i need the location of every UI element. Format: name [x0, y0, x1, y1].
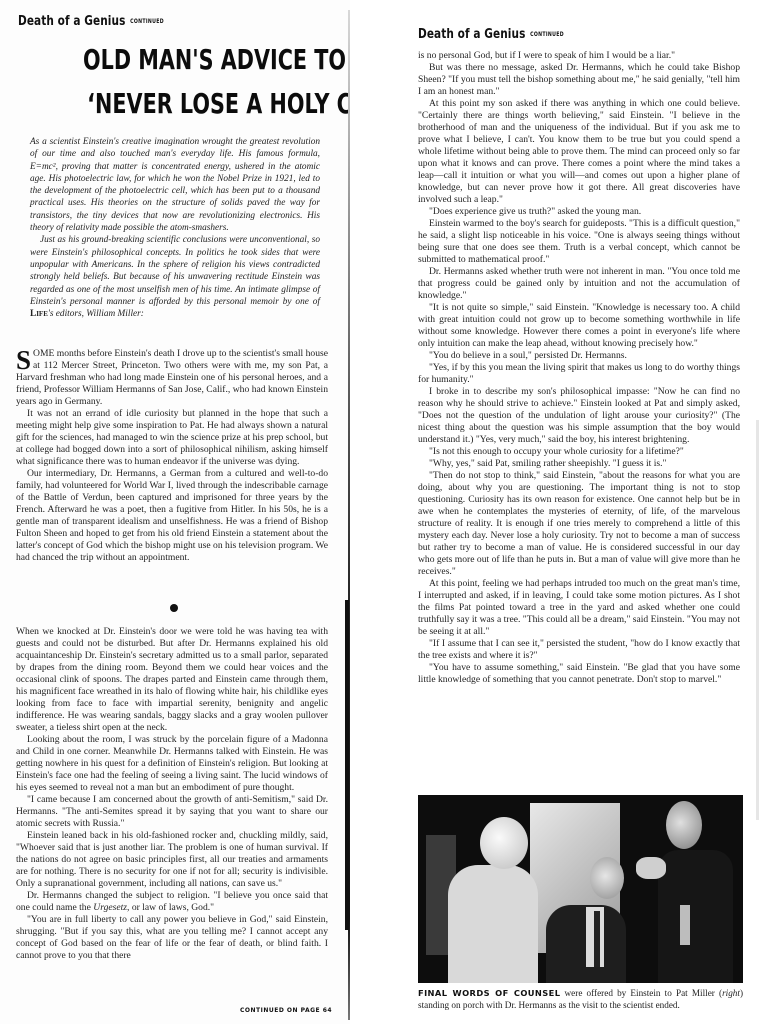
body-paragraph: But was there no message, asked Dr. Herm…	[418, 62, 740, 98]
photo-figure-hermanns-head	[590, 857, 624, 899]
section-title-text: Death of a Genius	[418, 26, 525, 42]
body-paragraph-text: OME months before Einstein's death I dro…	[16, 348, 328, 407]
body-paragraph: Einstein warmed to the boy's search for …	[418, 218, 740, 266]
body-paragraph: It was not an errand of idle curiosity b…	[16, 408, 328, 468]
intro-paragraph-text: Just as his ground-breaking scientific c…	[30, 235, 320, 306]
body-paragraph: "It is not quite so simple," said Einste…	[418, 302, 740, 350]
photo-figure-einstein-body	[448, 865, 538, 983]
article-column-left-bottom: When we knocked at Dr. Einstein's door w…	[16, 626, 328, 962]
body-paragraph: "You are in full liberty to call any pow…	[16, 914, 328, 962]
body-paragraph: Dr. Hermanns changed the subject to reli…	[16, 890, 328, 914]
body-paragraph: Einstein leaned back in his old-fashione…	[16, 830, 328, 890]
section-title: Death of a GeniusCONTINUED	[18, 13, 164, 29]
caption-italic: right	[722, 988, 740, 998]
section-continued-label: CONTINUED	[130, 18, 164, 25]
left-page: Death of a GeniusCONTINUED OLD MAN'S ADV…	[0, 0, 350, 1024]
body-paragraph: is no personal God, but if I were to spe…	[418, 50, 740, 62]
headline-line-1: OLD MAN'S ADVICE TO YOUTH:	[20, 40, 330, 80]
section-continued-label: CONTINUED	[530, 31, 564, 38]
photo-figure-pat-head	[666, 801, 702, 849]
photo-figure-pat-shirt	[680, 905, 690, 945]
article-photo	[418, 795, 743, 983]
section-title-right: Death of a GeniusCONTINUED	[418, 26, 564, 42]
body-paragraph: At this point, feeling we had perhaps in…	[418, 578, 740, 638]
body-paragraph: "If I assume that I can see it," persist…	[418, 638, 740, 662]
body-italic-term: Urgesetz	[93, 902, 127, 913]
page-gutter-shadow	[345, 600, 349, 930]
body-text: , or law of laws, God."	[127, 902, 214, 913]
body-paragraph: "Yes, if by this you mean the living spi…	[418, 362, 740, 386]
caption-lead: FINAL WORDS OF COUNSEL	[418, 988, 560, 998]
body-paragraph: "Why, yes," said Pat, smiling rather she…	[418, 458, 740, 470]
body-paragraph: Our intermediary, Dr. Hermanns, a German…	[16, 468, 328, 564]
section-title-text: Death of a Genius	[18, 13, 125, 29]
drop-cap: S	[16, 349, 31, 371]
body-paragraph: "Is not this enough to occupy your whole…	[418, 446, 740, 458]
body-paragraph: I broke in to describe my son's philosop…	[418, 386, 740, 446]
body-paragraph: When we knocked at Dr. Einstein's door w…	[16, 626, 328, 734]
caption-text: were offered by Einstein to Pat Miller (	[560, 988, 722, 998]
body-paragraph: "I came because I am concerned about the…	[16, 794, 328, 830]
body-paragraph: "You have to assume something," said Ein…	[418, 662, 740, 686]
photo-caption: FINAL WORDS OF COUNSEL were offered by E…	[418, 988, 743, 1011]
body-paragraph: SOME months before Einstein's death I dr…	[16, 348, 328, 408]
section-break-bullet	[170, 604, 178, 612]
article-column-left-top: SOME months before Einstein's death I dr…	[16, 348, 328, 564]
continued-on-page-link[interactable]: CONTINUED ON PAGE 64	[240, 1007, 332, 1014]
intro-deck: As a scientist Einstein's creative imagi…	[30, 136, 320, 320]
intro-tail: 's editors, William Miller:	[48, 309, 144, 319]
body-paragraph: "Does experience give us truth?" asked t…	[418, 206, 740, 218]
body-paragraph: "You do believe in a soul," persisted Dr…	[418, 350, 740, 362]
intro-paragraph: As a scientist Einstein's creative imagi…	[30, 136, 320, 234]
photo-figure-hermanns-tie	[594, 911, 600, 967]
article-column-right: is no personal God, but if I were to spe…	[418, 50, 740, 686]
body-paragraph: At this point my son asked if there was …	[418, 98, 740, 206]
page-edge-shadow	[756, 420, 759, 820]
intro-paragraph: Just as his ground-breaking scientific c…	[30, 234, 320, 320]
photo-figure-pat-hand	[636, 857, 666, 879]
body-paragraph: Looking about the room, I was struck by …	[16, 734, 328, 794]
headline-line-2: ‘NEVER LOSE A HOLY CURIOSITY’	[20, 84, 330, 124]
magazine-name: Life	[30, 309, 48, 319]
body-paragraph: Dr. Hermanns asked whether truth were no…	[418, 266, 740, 302]
body-paragraph: "Then do not stop to think," said Einste…	[418, 470, 740, 578]
photo-figure-einstein-head	[480, 817, 528, 869]
photo-figure-pat-body	[658, 850, 733, 983]
